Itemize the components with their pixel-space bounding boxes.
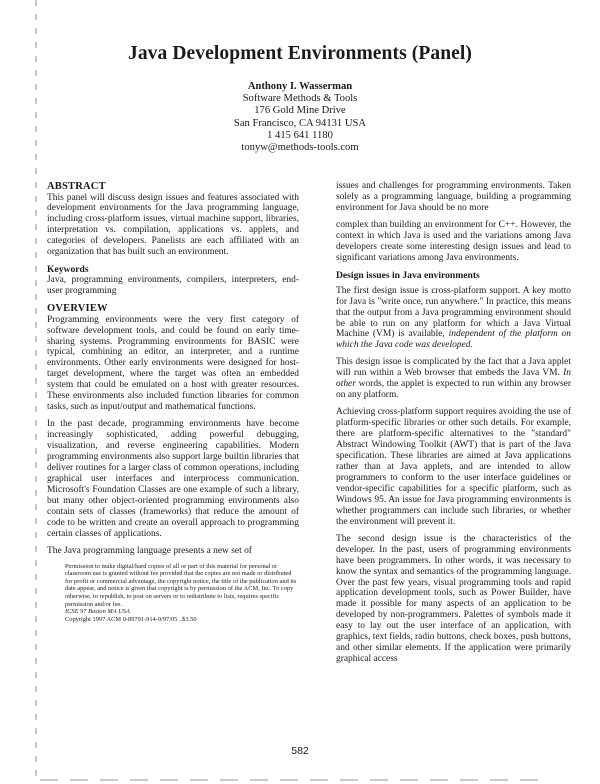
scan-bottom-artifact (40, 779, 550, 781)
author-affiliation: Software Methods & Tools (0, 93, 600, 105)
overview-paragraph-3: The Java programming language presents a… (47, 546, 299, 557)
overview-heading: OVERVIEW (47, 303, 299, 315)
right-column: issues and challenges for programming en… (336, 181, 571, 671)
overview-paragraph-2: In the past decade, programming environm… (47, 419, 299, 539)
design-paragraph-2-text-b: words, the applet is expected to run wit… (336, 379, 571, 400)
keywords-heading: Keywords (47, 264, 299, 275)
author-street: 176 Gold Mine Drive (0, 105, 600, 117)
continuation-paragraph-2: complex than building an environment for… (336, 220, 571, 264)
design-paragraph-1: The first design issue is cross-platform… (336, 286, 571, 352)
design-paragraph-2: This design issue is complicated by the … (336, 357, 571, 401)
page-number: 582 (0, 745, 600, 757)
design-paragraph-3: Achieving cross-platform support require… (336, 407, 571, 527)
permission-text: Permission to make digital/hard copies o… (65, 563, 299, 609)
author-email: tonyw@methods-tools.com (0, 142, 600, 154)
conference-venue: ICSE 97 Boston MA USA (65, 608, 299, 616)
copyright-line: Copyright 1997 ACM 0-89791-914-9/97/05 .… (65, 616, 299, 624)
author-name: Anthony I. Wasserman (0, 81, 600, 93)
left-column: ABSTRACT This panel will discuss design … (47, 181, 299, 623)
abstract-heading: ABSTRACT (47, 181, 299, 193)
design-paragraph-2-text-a: This design issue is complicated by the … (336, 357, 571, 378)
design-issues-heading: Design issues in Java environments (336, 270, 571, 281)
author-phone: 1 415 641 1180 (0, 130, 600, 142)
abstract-text: This panel will discuss design issues an… (47, 193, 299, 259)
permission-notice: Permission to make digital/hard copies o… (65, 563, 299, 624)
overview-paragraph-1: Programming environments were the very f… (47, 315, 299, 414)
continuation-paragraph-1: issues and challenges for programming en… (336, 181, 571, 214)
author-city: San Francisco, CA 94131 USA (0, 118, 600, 130)
author-block: Anthony I. Wasserman Software Methods & … (0, 81, 600, 154)
design-paragraph-4: The second design issue is the character… (336, 534, 571, 665)
keywords-text: Java, programming environments, compiler… (47, 275, 299, 297)
paper-title: Java Development Environments (Panel) (0, 43, 600, 65)
